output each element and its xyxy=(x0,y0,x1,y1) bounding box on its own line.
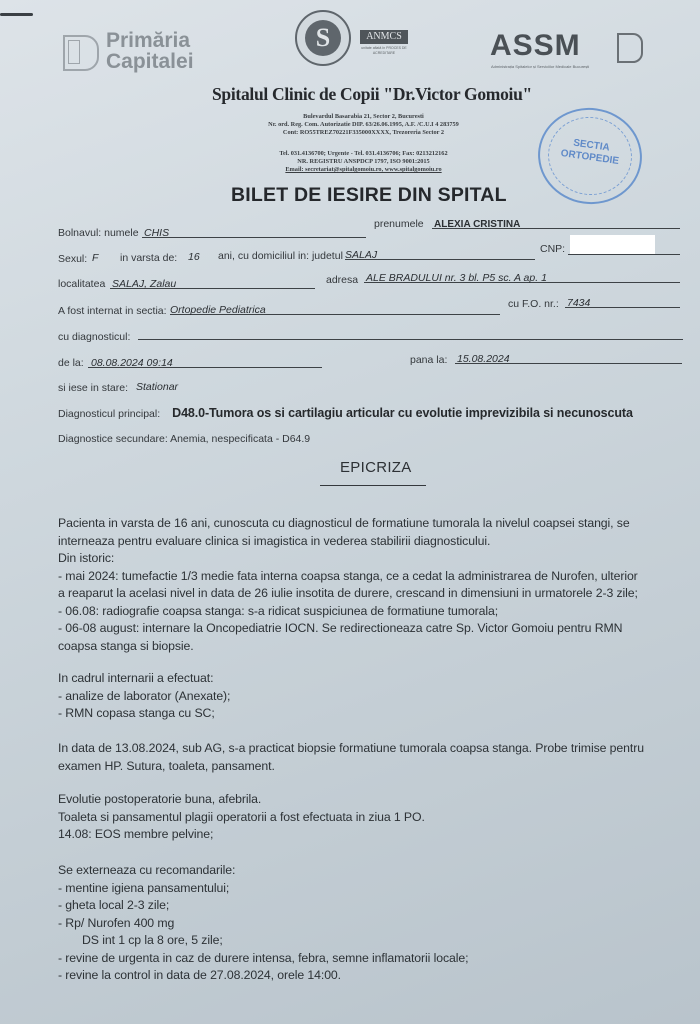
varsta-value: 16 xyxy=(188,251,200,263)
epicriza-biopsy: In data de 13.08.2024, sub AG, s-a pract… xyxy=(58,740,644,775)
primaria-logo-icon xyxy=(63,35,99,71)
epicriza-recommendations: Se externeaza cu recomandarile: - mentin… xyxy=(58,862,468,985)
epicriza-investigations: In cadrul internarii a efectuat: - anali… xyxy=(58,670,230,723)
epicriza-line: - 06.08: radiografie coapsa stanga: s-a … xyxy=(58,603,638,621)
localitate-field: SALAJ, Zalau xyxy=(110,274,315,289)
cnp-label: CNP: xyxy=(540,243,565,255)
epicriza-title: EPICRIZA xyxy=(340,459,412,476)
pana-la-label: pana la: xyxy=(410,354,447,366)
diagnostic-principal: Diagnosticul principal:D48.0-Tumora os s… xyxy=(58,404,633,422)
epicriza-line: Toaleta si pansamentul plagii operatorii… xyxy=(58,809,425,827)
fo-label: cu F.O. nr.: xyxy=(508,298,559,310)
prenume-field: ALEXIA CRISTINA xyxy=(432,214,680,229)
recommendation-dosage: DS int 1 cp la 8 ore, 5 zile; xyxy=(58,932,468,950)
adresa-value: ALE BRADULUI nr. 3 bl. P5 sc. A ap. 1 xyxy=(366,272,547,284)
pen-mark xyxy=(0,13,33,16)
de-la-field: 08.08.2024 09:14 xyxy=(88,353,322,368)
de-la-value: 08.08.2024 09:14 xyxy=(91,357,173,369)
recommendation-item: - gheta local 2-3 zile; xyxy=(58,897,468,915)
nume-field: CHIS xyxy=(142,223,366,238)
epicriza-line: - 06-08 august: internare la Oncopediatr… xyxy=(58,620,638,638)
hospital-contact: Tel. 031.4136700; Urgente - Tel. 031.413… xyxy=(226,150,501,174)
diagnostic-field xyxy=(138,325,683,340)
assmb-logo: ASSM xyxy=(490,29,581,63)
primaria-name: Primăria Capitalei xyxy=(106,30,194,72)
nume-label: Bolnavul: numele xyxy=(58,227,139,239)
epicriza-line: 14.08: EOS membre pelvine; xyxy=(58,826,425,844)
hospital-seal-letter: S xyxy=(305,20,341,56)
recommendation-item: - Rp/ Nurofen 400 mg xyxy=(58,915,468,933)
epicriza-line: interneaza pentru evaluare clinica si im… xyxy=(58,533,638,551)
epicriza-line: Din istoric: xyxy=(58,550,638,568)
anmcs-subtitle: unitate aflată în PROCES DE ACREDITARE xyxy=(360,46,408,56)
sex-label: Sexul: xyxy=(58,253,87,265)
hospital-info: Bulevardul Basarabia 21, Sector 2, Bucur… xyxy=(226,113,501,137)
de-la-label: de la: xyxy=(58,357,84,369)
epicriza-line: - RMN copasa stanga cu SC; xyxy=(58,705,230,723)
epicriza-underline xyxy=(320,485,426,486)
epicriza-line: - analize de laborator (Anexate); xyxy=(58,688,230,706)
adresa-field: ALE BRADULUI nr. 3 bl. P5 sc. A ap. 1 xyxy=(364,268,680,283)
epicriza-line: Se externeaza cu recomandarile: xyxy=(58,862,468,880)
epicriza-evolution: Evolutie postoperatorie buna, afebrila. … xyxy=(58,791,425,844)
diagnostice-secundare: Diagnostice secundare: Anemia, nespecifi… xyxy=(58,433,310,445)
hospital-name: Spitalul Clinic de Copii "Dr.Victor Gomo… xyxy=(212,84,532,105)
epicriza-line: In data de 13.08.2024, sub AG, s-a pract… xyxy=(58,740,644,758)
sex-value: F xyxy=(92,252,98,264)
epicriza-line: Pacienta in varsta de 16 ani, cunoscuta … xyxy=(58,515,638,533)
epicriza-line: - mai 2024: tumefactie 1/3 medie fata in… xyxy=(58,568,638,586)
diag-secundare-label: Diagnostice secundare: xyxy=(58,433,168,445)
stare-value: Stationar xyxy=(136,381,178,393)
judet-value: SALAJ xyxy=(345,249,377,261)
diag-principal-value: D48.0-Tumora os si cartilagiu articular … xyxy=(172,406,633,420)
fo-field: 7434 xyxy=(565,293,680,308)
prenume-label: prenumele xyxy=(374,218,424,230)
hospital-phone: Tel. 031.4136700; Urgente - Tel. 031.413… xyxy=(226,150,501,158)
domiciliu-label: ani, cu domiciliul in: judetul xyxy=(218,250,343,262)
pana-la-field: 15.08.2024 xyxy=(455,349,682,364)
epicriza-history: Pacienta in varsta de 16 ani, cunoscuta … xyxy=(58,515,638,655)
recommendation-item: - revine de urgenta in caz de durere int… xyxy=(58,950,468,968)
adresa-label: adresa xyxy=(326,274,358,286)
sectie-field: Ortopedie Pediatrica xyxy=(170,300,500,315)
recommendation-item: - mentine igiena pansamentului; xyxy=(58,880,468,898)
localitate-value: SALAJ, Zalau xyxy=(112,278,176,290)
diag-principal-label: Diagnosticul principal: xyxy=(58,408,160,420)
anmcs-logo: ANMCS xyxy=(360,30,408,44)
cnp-redaction xyxy=(570,235,655,254)
hospital-registry: NR. REGISTRU ANSPDCP 1797, ISO 9001:2015 xyxy=(226,158,501,166)
epicriza-line: examen HP. Sutura, toaleta, pansament. xyxy=(58,758,644,776)
prenume-value: ALEXIA CRISTINA xyxy=(434,219,520,230)
hospital-email[interactable]: Email: secretariat@spitalgomoiu.ro, www.… xyxy=(226,166,501,174)
hospital-seal-icon: S xyxy=(295,10,351,66)
fo-value: 7434 xyxy=(567,297,590,309)
hospital-address: Bulevardul Basarabia 21, Sector 2, Bucur… xyxy=(226,113,501,121)
judet-field: SALAJ xyxy=(345,245,535,260)
primaria-line1: Primăria xyxy=(106,30,194,51)
epicriza-line: a reaparut la acelasi nivel in data de 2… xyxy=(58,585,638,603)
localitate-label: localitatea xyxy=(58,278,105,290)
diag-secundare-value: Anemia, nespecificata - D64.9 xyxy=(170,433,310,445)
hospital-account: Cont: RO55TREZ70221F335000XXXX, Trezorer… xyxy=(226,129,501,137)
epicriza-line: Evolutie postoperatorie buna, afebrila. xyxy=(58,791,425,809)
stare-label: si iese in stare: xyxy=(58,382,128,394)
epicriza-line: coapsa stanga si biopsie. xyxy=(58,638,638,656)
cnp-field xyxy=(568,240,680,255)
document-title: BILET DE IESIRE DIN SPITAL xyxy=(231,184,507,207)
pana-la-value: 15.08.2024 xyxy=(457,353,510,365)
nume-value: CHIS xyxy=(144,227,169,239)
ortopedie-stamp: SECTIA ORTOPEDIE xyxy=(532,101,648,211)
assmb-subtitle: Administrația Spitalelor și Serviciilor … xyxy=(491,64,589,69)
assmb-mark-icon xyxy=(617,33,643,63)
primaria-line2: Capitalei xyxy=(106,51,194,72)
recommendation-item: - revine la control in data de 27.08.202… xyxy=(58,967,468,985)
sectie-label: A fost internat in sectia: xyxy=(58,305,167,317)
hospital-registration: Nr. ord. Reg. Com. Autorizatie DIP. 63/2… xyxy=(226,121,501,129)
diagnostic-label: cu diagnosticul: xyxy=(58,331,130,343)
epicriza-line: In cadrul internarii a efectuat: xyxy=(58,670,230,688)
sectie-value: Ortopedie Pediatrica xyxy=(170,304,266,316)
varsta-label: in varsta de: xyxy=(120,252,177,264)
